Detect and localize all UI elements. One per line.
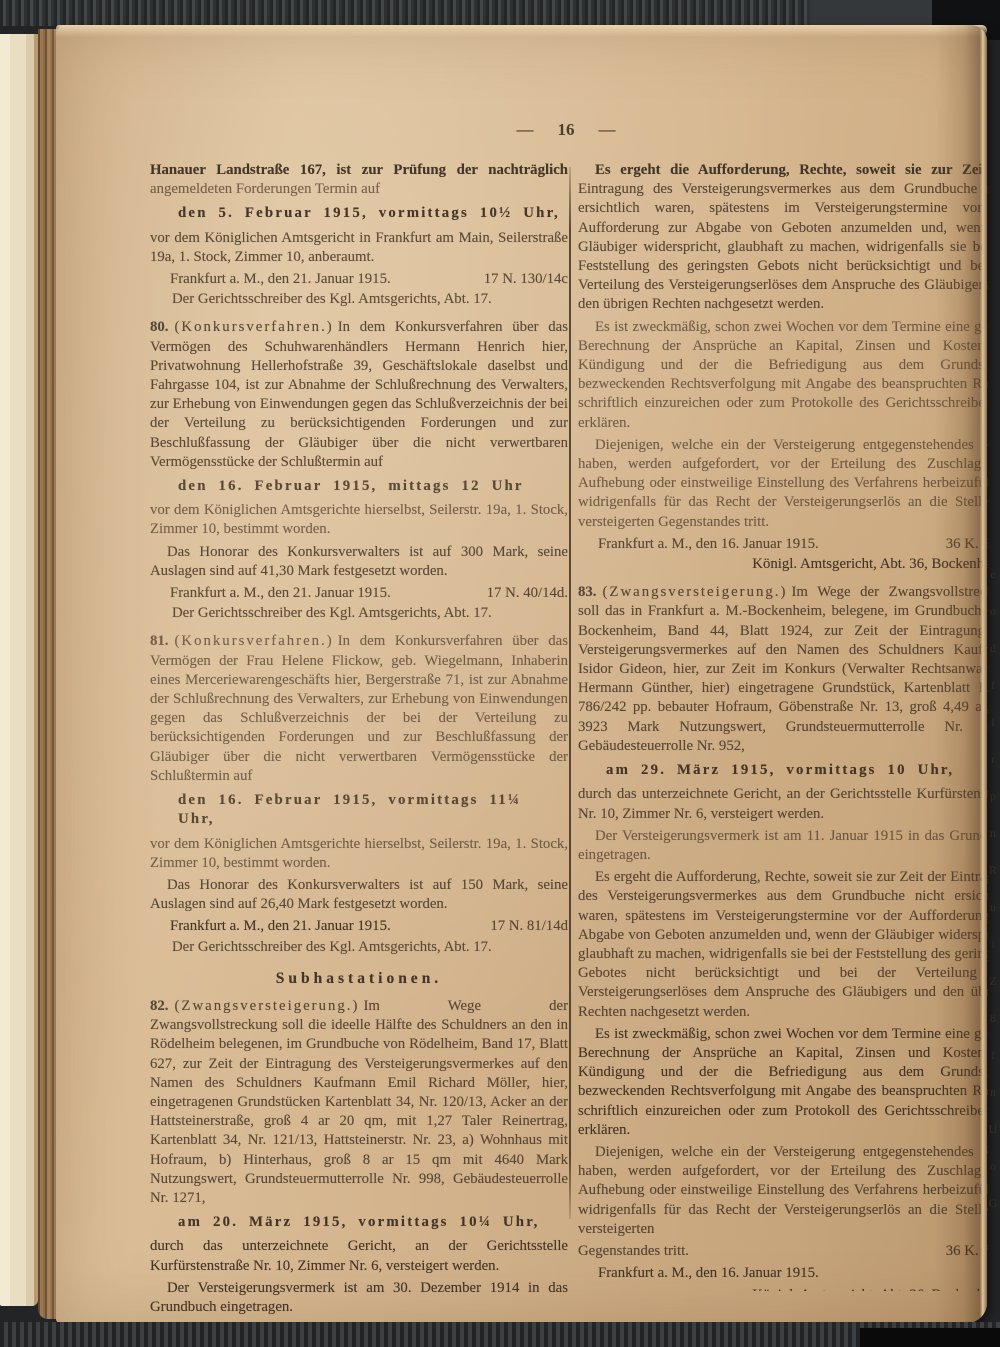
objection-rights-paragraph: Diejenigen, welche ein der Versteigerung… xyxy=(578,1143,988,1239)
clerk-signature: Der Gerichtsschreiber des Kgl. Amtsgeric… xyxy=(150,604,568,623)
file-number: 17 N. 130/14c xyxy=(484,270,568,289)
place-date-line: Frankfurt a. M., den 21. Januar 1915. 17… xyxy=(150,270,568,289)
auction-date-line: am 29. März 1915, vormittags 10 Uhr, xyxy=(578,761,988,780)
left-column: Hanauer Landstraße 167, ist zur Prüfung … xyxy=(150,161,568,1320)
next-page-peek-text: e o d f l r p n R u i Z 8 f n U o G xyxy=(986,556,1000,1222)
summons-paragraph: Es ergeht die Aufforderung, Rechte, sowe… xyxy=(578,161,988,315)
auction-venue: durch das unterzeichnete Gericht, an der… xyxy=(150,1237,568,1275)
hearing-date-line: den 16. Februar 1915, vormittags 11¼ Uhr… xyxy=(150,791,568,829)
clerk-signature: Der Gerichtsschreiber des Kgl. Amtsgeric… xyxy=(150,290,568,309)
file-number: 17 N. 40/14d. xyxy=(487,584,568,603)
objection-rights-paragraph: Diejenigen, welche ein der Versteigerung… xyxy=(578,436,988,532)
summons-paragraph: Es ergeht die Aufforderung, Rechte, sowe… xyxy=(578,868,988,1022)
court-signature: Königl. Amtsgericht, Abt. 36, Bockenheim… xyxy=(578,1286,988,1291)
column-divider-rule xyxy=(569,167,571,1219)
place-date-line: Frankfurt a. M., den 21. Januar 1915. 17… xyxy=(150,917,568,936)
section-heading: Subhastationen. xyxy=(150,969,568,988)
scan-background-corner-bottom xyxy=(860,1328,1000,1347)
claims-calculation-paragraph: Es ist zweckmäßig, schon zwei Wochen vor… xyxy=(578,1025,988,1140)
notice-81: 81.(Konkursverfahren.)In dem Konkursverf… xyxy=(150,632,568,786)
place-date-line: Frankfurt a. M., den 21. Januar 1915. 17… xyxy=(150,584,568,603)
registry-note: Der Versteigerungsvermerk ist am 11. Jan… xyxy=(578,827,988,865)
auction-date-line: am 20. März 1915, vormittags 10¼ Uhr, xyxy=(150,1213,568,1232)
page-number-dash-right: — xyxy=(599,120,616,140)
hearing-date-line: den 16. Februar 1915, mittags 12 Uhr xyxy=(150,477,568,496)
page-number-value: 16 xyxy=(558,120,575,140)
auction-venue: durch das unterzeichnete Gericht, an der… xyxy=(578,785,988,823)
hearing-venue: vor dem Königlichen Amtsgericht in Frank… xyxy=(150,229,568,267)
hearing-venue: vor dem Königlichen Amtsgerichte hiersel… xyxy=(150,835,568,873)
fee-statement: Das Honorar des Konkursverwalters ist au… xyxy=(150,543,568,581)
notice-82: 82.(Zwangsversteigerung.)Im Wege der Zwa… xyxy=(150,997,568,1208)
fee-statement: Das Honorar des Konkursverwalters ist au… xyxy=(150,876,568,914)
hearing-date-line: den 5. Februar 1915, vormittags 10½ Uhr, xyxy=(150,204,568,223)
page-number: — 16 — xyxy=(476,120,656,140)
file-number: 17 N. 81/14d xyxy=(490,917,568,936)
claims-calculation-paragraph: Es ist zweckmäßig, schon zwei Wochen vor… xyxy=(578,318,988,433)
place-date-line: Frankfurt a. M., den 16. Januar 1915. xyxy=(578,1264,988,1283)
notice-continuation: Hanauer Landstraße 167, ist zur Prüfung … xyxy=(150,161,568,199)
objection-tail-line: Gegenstandes tritt. 36 K. 70/14 xyxy=(578,1242,988,1261)
facing-page-edge xyxy=(0,34,38,1306)
place-date-line: Frankfurt a. M., den 16. Januar 1915. 36… xyxy=(578,535,988,554)
page-number-dash-left: — xyxy=(517,120,534,140)
registry-note: Der Versteigerungsvermerk ist am 30. Dez… xyxy=(150,1279,568,1317)
page-fold-shadow xyxy=(935,25,987,1323)
hearing-venue: vor dem Königlichen Amtsgerichte hiersel… xyxy=(150,501,568,539)
court-signature: Königl. Amtsgericht, Abt. 36, Bockenheim… xyxy=(578,555,988,574)
right-column: Es ergeht die Aufforderung, Rechte, sowe… xyxy=(578,161,988,1291)
book-cover-bottom-edge xyxy=(0,1322,1000,1347)
notice-83: 83.(Zwangsversteigerung.)Im Wege der Zwa… xyxy=(578,583,988,756)
clerk-signature: Der Gerichtsschreiber des Kgl. Amtsgeric… xyxy=(150,938,568,957)
right-column-clip: Es ergeht die Aufforderung, Rechte, sowe… xyxy=(578,161,988,1291)
gazette-page: — 16 — Hanauer Landstraße 167, ist zur P… xyxy=(56,25,987,1323)
notice-80: 80.(Konkursverfahren.)In dem Konkursverf… xyxy=(150,318,568,472)
